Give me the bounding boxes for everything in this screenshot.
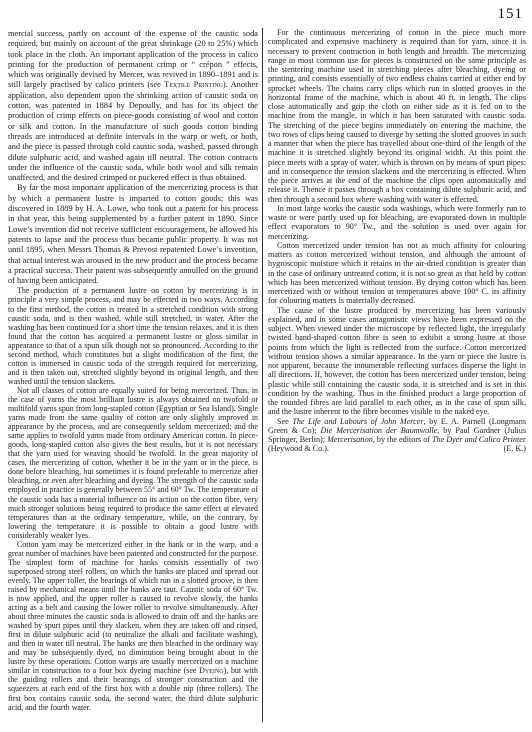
paragraph: For the continuous mercerizing of cotton… [268, 28, 526, 204]
bibliography-work: The Life and Labours of John Mercer [292, 417, 423, 426]
column-divider [262, 28, 263, 722]
right-column: For the continuous mercerizing of cotton… [268, 28, 526, 454]
paragraph: Cotton mercerized under tension has not … [268, 241, 526, 306]
paragraph: In most large works the caustic soda was… [268, 204, 526, 241]
paragraph: By far the most important application of… [8, 183, 258, 286]
bibliography-work: The Dyer and Calico Printer [432, 435, 526, 444]
encyclopedia-page: 151 mercial success, partly on account o… [0, 0, 532, 732]
paragraph: Cotton yarn may be mercerized either in … [8, 540, 258, 712]
bibliography-work: Die Mercerisation der Baumwolle [321, 426, 438, 435]
author-signature: (E. K.) [495, 444, 526, 453]
paragraph: The cause of the lustre produced by merc… [268, 306, 526, 417]
paragraph: Not all classes of cotton are equally su… [8, 386, 258, 540]
bibliography-work: Mercerisation [327, 435, 373, 444]
cross-reference-textile-printing[interactable]: Textile Printing [164, 80, 223, 89]
paragraph: mercial success, partly on account of th… [8, 29, 258, 183]
left-column: mercial success, partly on account of th… [8, 29, 258, 712]
page-number: 151 [498, 6, 524, 23]
bibliography: See The Life and Labours of John Mercer,… [268, 417, 526, 454]
paragraph: The production of a permanent lustre on … [8, 286, 258, 386]
cross-reference-dyeing[interactable]: Dyeing [199, 666, 223, 675]
